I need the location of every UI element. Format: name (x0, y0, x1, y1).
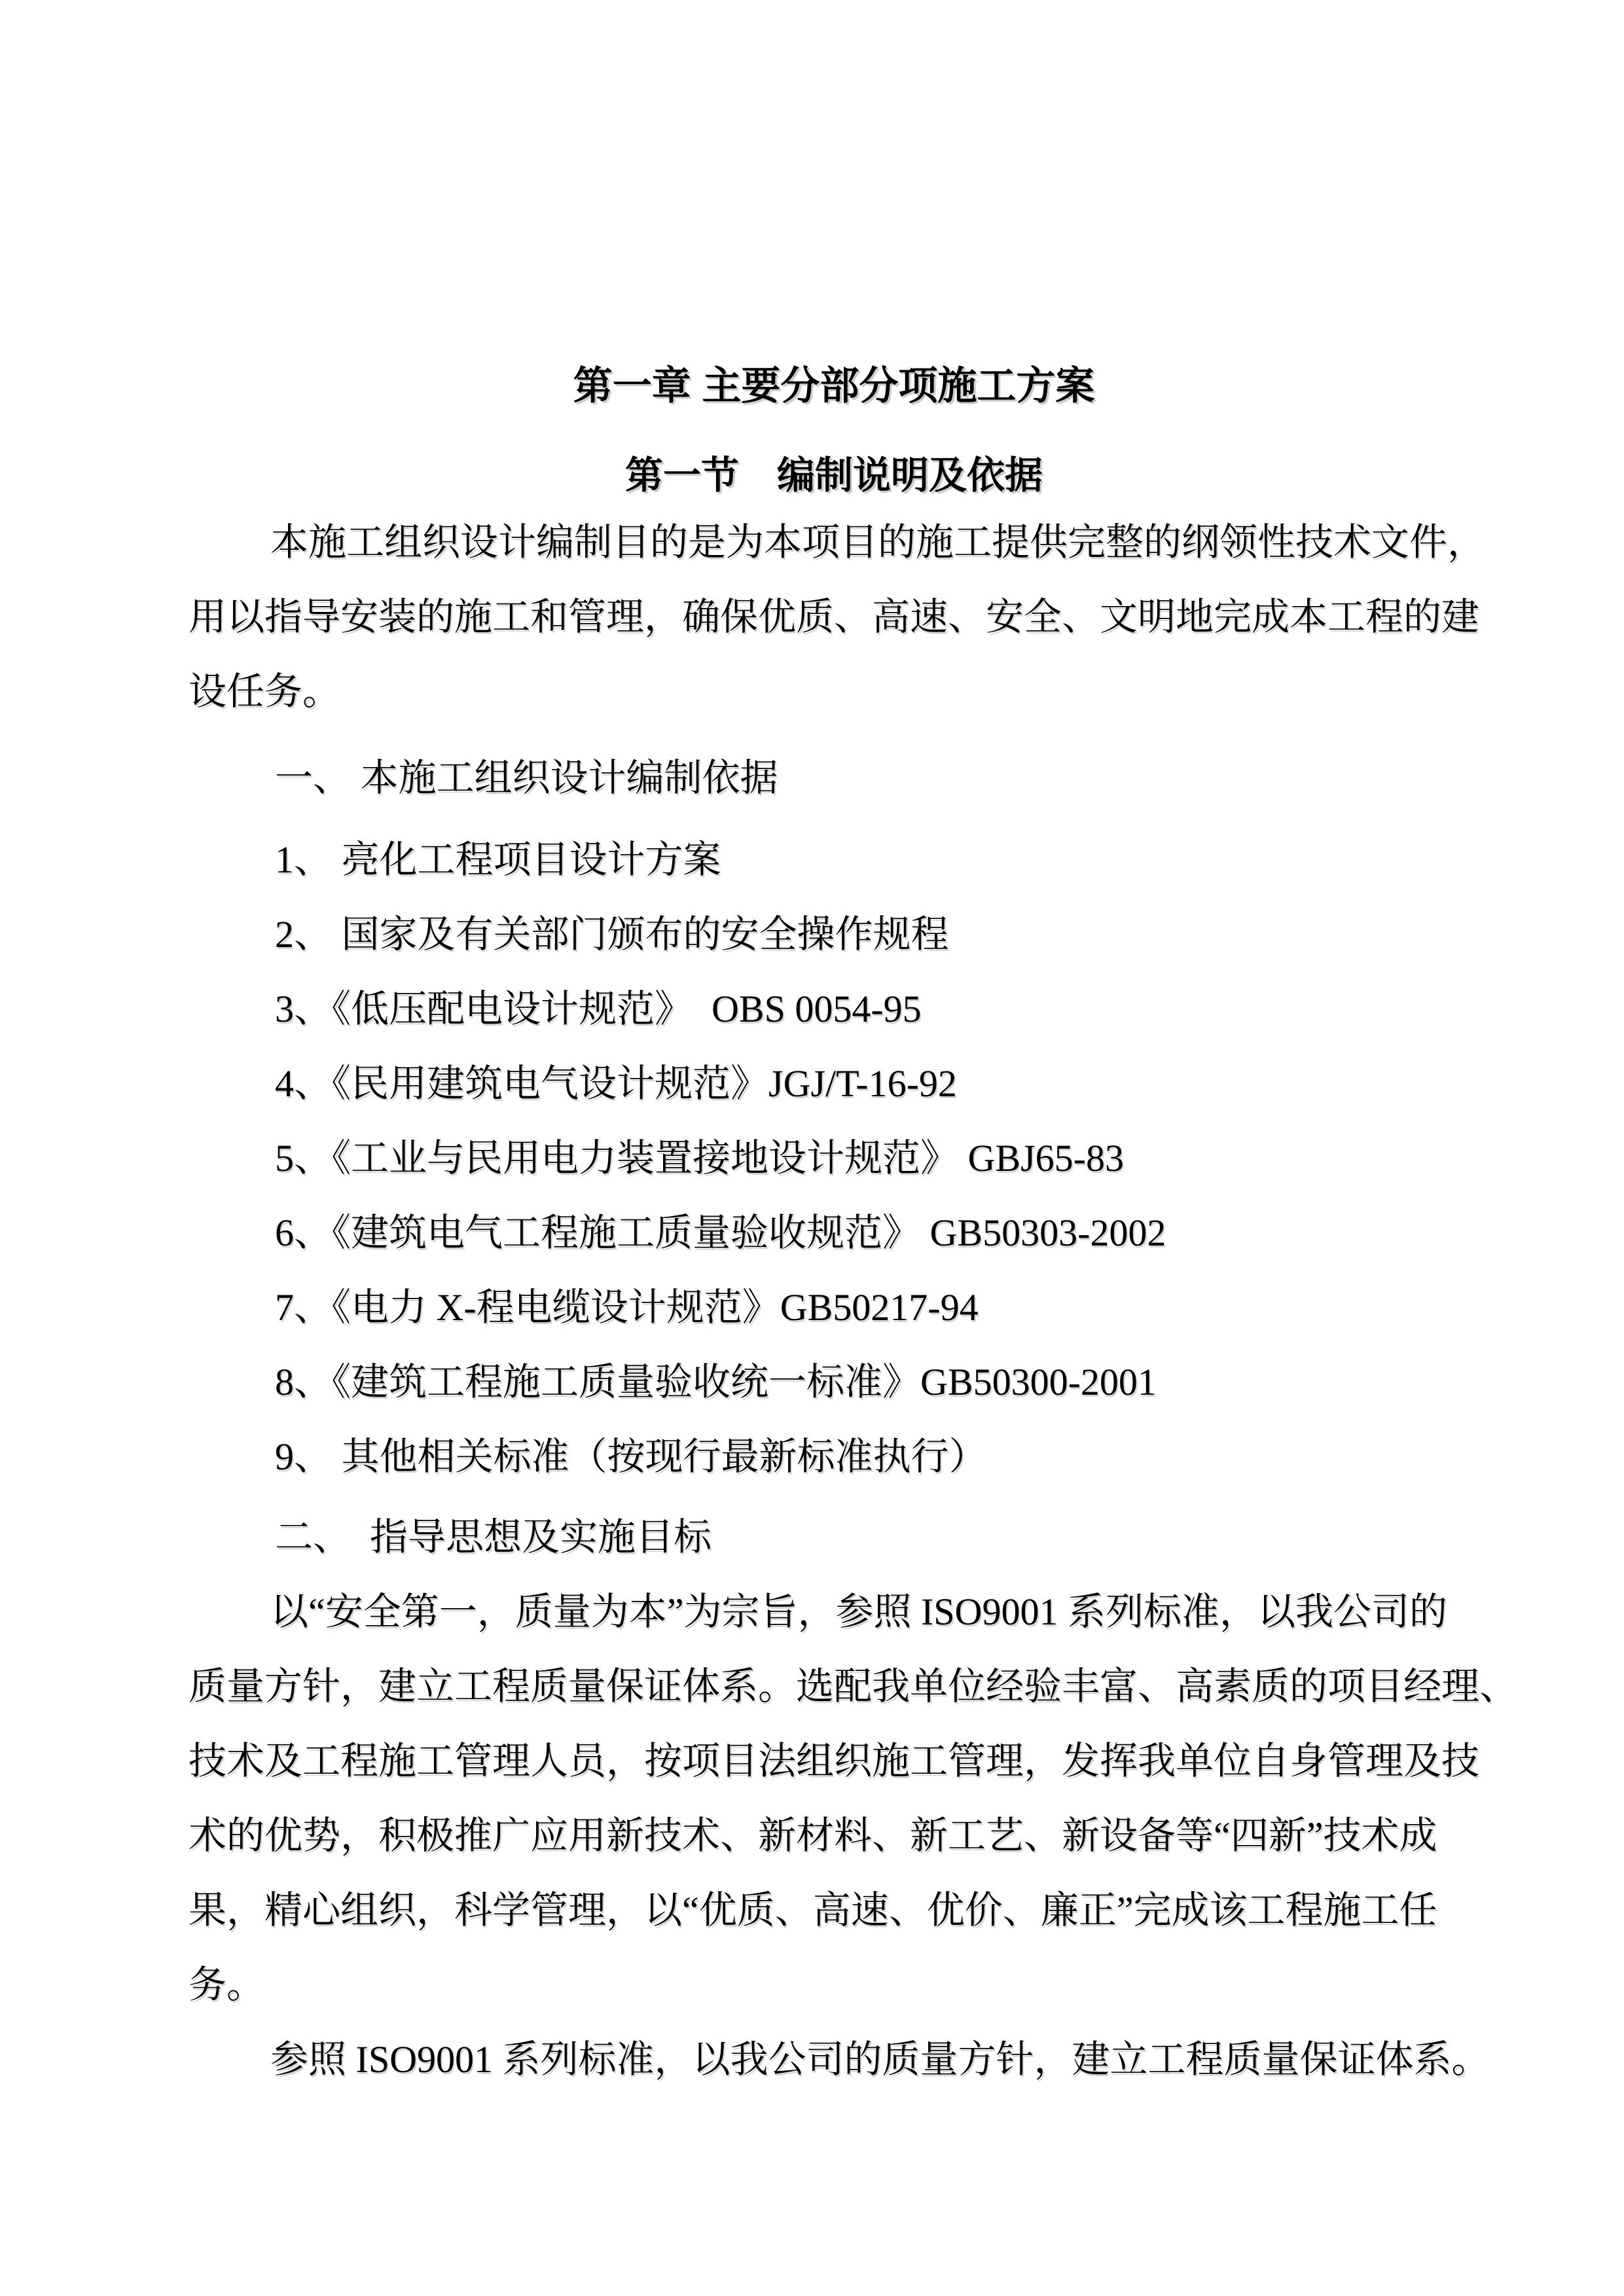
paragraph-2-line: 务。 (189, 1948, 1479, 2022)
basis-list-item: 8、《建筑工程施工质量验收统一标准》GB50300-2001 (189, 1345, 1479, 1420)
section-title: 第一节 编制说明及依据 (189, 453, 1479, 499)
basis-section-heading: 一、 本施工组织设计编制依据 (189, 741, 1479, 816)
paragraph-2-line: 术的优势，积极推广应用新技术、新材料、新工艺、新设备等“四新”技术成 (189, 1799, 1479, 1873)
paragraph-1-line: 本施工组织设计编制目的是为本项目的施工提供完整的纲领性技术文件， (189, 505, 1479, 580)
chapter-title: 第一章 主要分部分项施工方案 (189, 363, 1479, 409)
basis-list-item: 6、《建筑电气工程施工质量验收规范》 GB50303-2002 (189, 1196, 1479, 1270)
basis-list-item: 1、 亮化工程项目设计方案 (189, 823, 1479, 897)
paragraph-1-line: 设任务。 (189, 655, 1479, 729)
paragraph-2-line: 质量方针，建立工程质量保证体系。选配我单位经验丰富、高素质的项目经理、 (189, 1649, 1479, 1724)
paragraph-1-line: 用以指导安装的施工和管理，确保优质、高速、安全、文明地完成本工程的建 (189, 580, 1479, 655)
paragraph-2-line: 果，精心组织，科学管理，以“优质、高速、优价、廉正”完成该工程施工任 (189, 1873, 1479, 1948)
basis-list-item: 7、《电力 X-程电缆设计规范》GB50217-94 (189, 1270, 1479, 1345)
basis-list-item: 3、《低压配电设计规范》 OBS 0054-95 (189, 972, 1479, 1047)
basis-list-item: 2、 国家及有关部门颁布的安全操作规程 (189, 897, 1479, 972)
document-page: 第一章 主要分部分项施工方案 第一节 编制说明及依据 本施工组织设计编制目的是为… (0, 0, 1624, 2296)
basis-list-item: 5、《工业与民用电力装置接地设计规范》 GBJ65-83 (189, 1121, 1479, 1196)
paragraph-3-line: 参照 ISO9001 系列标准，以我公司的质量方针，建立工程质量保证体系。 (189, 2022, 1479, 2097)
paragraph-2-line: 以“安全第一，质量为本”为宗旨，参照 ISO9001 系列标准，以我公司的 (189, 1575, 1479, 1649)
basis-list-item: 4、《民用建筑电气设计规范》JGJ/T-16-92 (189, 1047, 1479, 1121)
paragraph-2-line: 技术及工程施工管理人员，按项目法组织施工管理，发挥我单位自身管理及技 (189, 1724, 1479, 1799)
basis-list-item: 9、 其他相关标准（按现行最新标准执行） (189, 1420, 1479, 1494)
goal-section-heading: 二、 指导思想及实施目标 (189, 1500, 1479, 1575)
